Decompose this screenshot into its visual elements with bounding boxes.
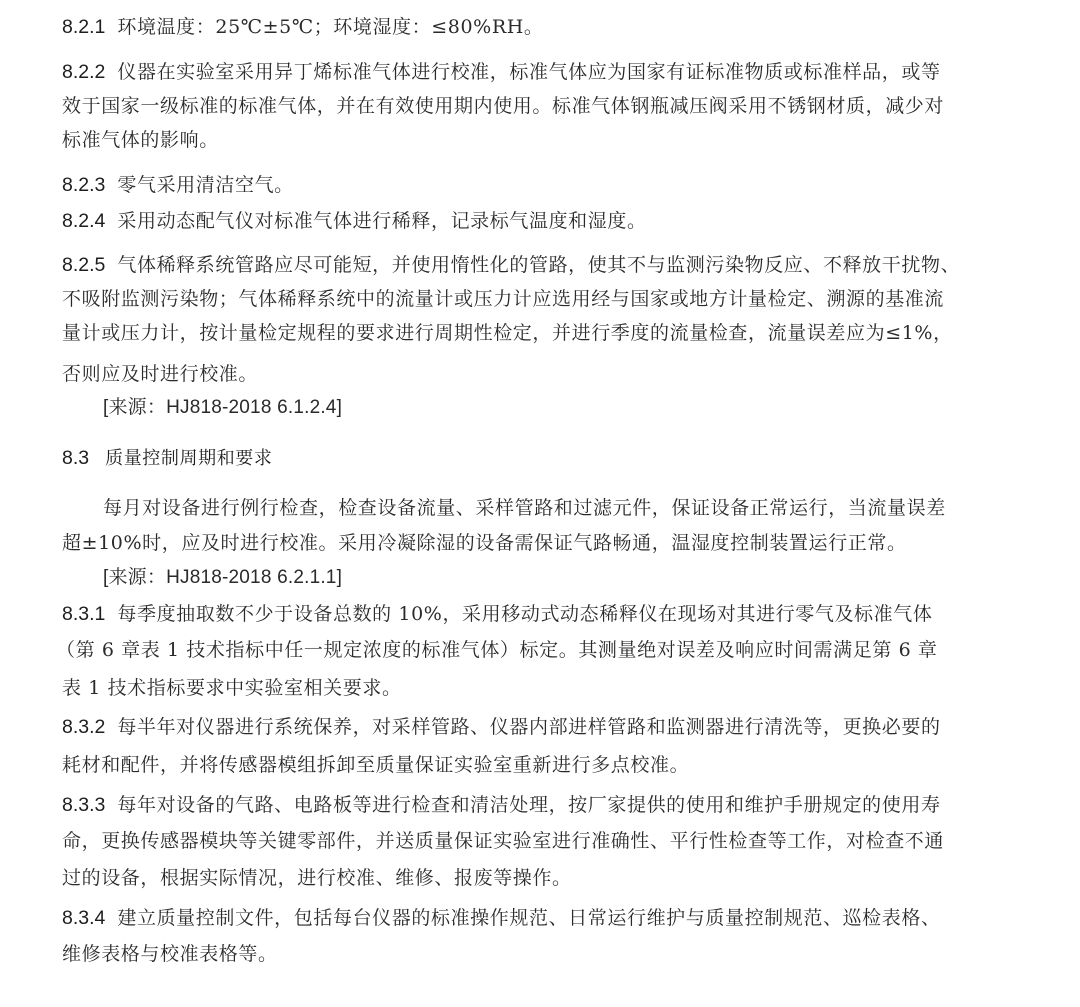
clause-8-2-5-line-2: 不吸附监测污染物；气体稀释系统中的流量计或压力计应选用经与国家或地方计量检定、溯… — [62, 287, 944, 311]
section-8-3-paragraph-line-2: 超±10%时，应及时进行校准。采用冷凝除湿的设备需保证气路畅通，温湿度控制装置运… — [62, 531, 907, 555]
clause-number: 8.2.3 — [62, 174, 105, 196]
clause-text: 建立质量控制文件，包括每台仪器的标准操作规范、日常运行维护与质量控制规范、巡检表… — [117, 907, 940, 929]
clause-text: 气体稀释系统管路应尽可能短，并使用惰性化的管路，使其不与监测污染物反应、不释放干… — [117, 254, 960, 276]
clause-number: 8.3.3 — [62, 794, 105, 816]
clause-8-2-4: 8.2.4采用动态配气仪对标准气体进行稀释，记录标气温度和湿度。 — [62, 209, 647, 233]
section-number: 8.3 — [62, 447, 89, 469]
clause-8-2-5-line-3: 量计或压力计，按计量检定规程的要求进行周期性检定，并进行季度的流量检查，流量误差… — [62, 321, 953, 345]
clause-text: 环境温度：25℃±5℃；环境湿度：≤80%RH。 — [117, 16, 543, 38]
source-citation: [来源：HJ818-2018 6.2.1.1] — [103, 566, 342, 590]
clause-number: 8.2.2 — [62, 61, 105, 83]
clause-8-2-2: 8.2.2仪器在实验室采用异丁烯标准气体进行校准，标准气体应为国家有证标准物质或… — [62, 60, 941, 84]
clause-8-3-4-line-2: 维修表格与校准表格等。 — [62, 942, 278, 966]
clause-text: 仪器在实验室采用异丁烯标准气体进行校准，标准气体应为国家有证标准物质或标准样品，… — [117, 61, 940, 83]
clause-8-3-1-line-2: （第 6 章表 1 技术指标中任一规定浓度的标准气体）标定。其测量绝对误差及响应… — [56, 638, 938, 662]
clause-8-3-3-line-3: 过的设备，根据实际情况，进行校准、维修、报废等操作。 — [62, 866, 572, 890]
section-8-3-paragraph-line-1: 每月对设备进行例行检查，检查设备流量、采样管路和过滤元件，保证设备正常运行，当流… — [103, 496, 946, 520]
clause-number: 8.2.4 — [62, 210, 105, 232]
clause-text: 采用动态配气仪对标准气体进行稀释，记录标气温度和湿度。 — [117, 210, 646, 232]
clause-8-2-5: 8.2.5气体稀释系统管路应尽可能短，并使用惰性化的管路，使其不与监测污染物反应… — [62, 253, 960, 277]
source-text: [来源：HJ818-2018 6.1.2.4] — [103, 397, 342, 418]
section-title: 质量控制周期和要求 — [105, 448, 272, 469]
source-citation: [来源：HJ818-2018 6.1.2.4] — [103, 396, 342, 420]
clause-8-2-3: 8.2.3零气采用清洁空气。 — [62, 173, 294, 197]
clause-8-2-2-line-3: 标准气体的影响。 — [62, 128, 219, 152]
clause-8-3-4: 8.3.4建立质量控制文件，包括每台仪器的标准操作规范、日常运行维护与质量控制规… — [62, 906, 941, 930]
clause-number: 8.2.1 — [62, 16, 105, 38]
clause-8-2-5-line-4: 否则应及时进行校准。 — [62, 362, 258, 386]
clause-text: 每年对设备的气路、电路板等进行检查和清洁处理，按厂家提供的使用和维护手册规定的使… — [117, 794, 940, 816]
clause-text: 每半年对仪器进行系统保养，对采样管路、仪器内部进样管路和监测器进行清洗等，更换必… — [117, 716, 940, 738]
clause-8-2-2-line-2: 效于国家一级标准的标准气体，并在有效使用期内使用。标准气体钢瓶减压阀采用不锈钢材… — [62, 94, 944, 118]
clause-number: 8.3.1 — [62, 603, 105, 625]
clause-8-3-2-line-2: 耗材和配件，并将传感器模组拆卸至质量保证实验室重新进行多点校准。 — [62, 753, 689, 777]
clause-number: 8.2.5 — [62, 254, 105, 276]
clause-number: 8.3.2 — [62, 716, 105, 738]
section-heading-8-3: 8.3质量控制周期和要求 — [62, 446, 273, 471]
clause-8-3-3-line-2: 命，更换传感器模块等关键零部件，并送质量保证实验室进行准确性、平行性检查等工作，… — [62, 829, 944, 853]
clause-number: 8.3.4 — [62, 907, 105, 929]
clause-8-2-1: 8.2.1环境温度：25℃±5℃；环境湿度：≤80%RH。 — [62, 15, 544, 39]
clause-8-3-3: 8.3.3每年对设备的气路、电路板等进行检查和清洁处理，按厂家提供的使用和维护手… — [62, 793, 941, 817]
clause-8-3-2: 8.3.2每半年对仪器进行系统保养，对采样管路、仪器内部进样管路和监测器进行清洗… — [62, 715, 941, 739]
clause-8-3-1: 8.3.1每季度抽取数不少于设备总数的 10%，采用移动式动态稀释仪在现场对其进… — [62, 602, 932, 626]
source-text: [来源：HJ818-2018 6.2.1.1] — [103, 567, 342, 588]
clause-8-3-1-line-3: 表 1 技术指标要求中实验室相关要求。 — [62, 676, 402, 700]
clause-text: 每季度抽取数不少于设备总数的 10%，采用移动式动态稀释仪在现场对其进行零气及标… — [117, 603, 932, 625]
clause-text: 零气采用清洁空气。 — [117, 174, 293, 196]
